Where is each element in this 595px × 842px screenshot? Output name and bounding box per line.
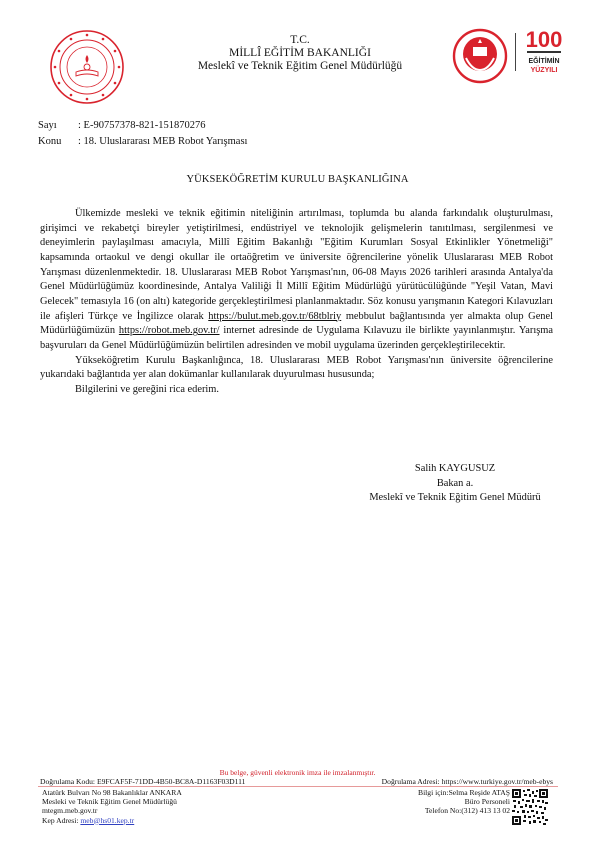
address-line-2: Mesleki ve Teknik Eğitim Genel Müdürlüğü xyxy=(42,797,182,806)
meb-seal-icon xyxy=(48,28,126,106)
qr-code-icon xyxy=(512,789,548,825)
contact-person: Bilgi için:Selma Reşide ATAŞ xyxy=(330,788,510,797)
logo-divider xyxy=(515,33,516,71)
document-meta: Sayı: E-90757378-821-151870276 Konu: 18.… xyxy=(38,118,247,150)
konu-row: Konu: 18. Uluslararası MEB Robot Yarışma… xyxy=(38,134,247,150)
document-header: T.C. MİLLÎ EĞİTİM BAKANLIĞI Meslekî ve T… xyxy=(150,34,450,72)
sayi-row: Sayı: E-90757378-821-151870276 xyxy=(38,118,247,134)
header-ministry: MİLLÎ EĞİTİM BAKANLIĞI xyxy=(150,47,450,60)
svg-text:100: 100 xyxy=(526,27,563,52)
kep-label: Kep Adresi: xyxy=(42,816,80,825)
footer-divider xyxy=(38,786,558,787)
robot-site-link[interactable]: https://robot.meb.gov.tr/ xyxy=(119,325,220,336)
paragraph-1-text-a: Ülkemizde mesleki ve teknik eğitimin nit… xyxy=(40,208,553,322)
signer-on-behalf: Bakan a. xyxy=(355,477,555,492)
address-line-1: Atatürk Bulvarı No 98 Bakanlıklar ANKARA xyxy=(42,788,182,797)
svg-text:EĞİTİMİN: EĞİTİMİN xyxy=(528,56,559,65)
aile-yili-logo-icon xyxy=(452,28,508,84)
paragraph-3: Bilgilerini ve gereğini rica ederim. xyxy=(40,383,553,398)
verification-address: Doğrulama Adresi: https://www.turkiye.go… xyxy=(305,777,553,786)
verification-code: Doğrulama Kodu: E9FCAF5F-71DD-4B50-BC8A-… xyxy=(40,777,245,786)
bulut-link[interactable]: https://bulut.meb.gov.tr/68tblriy xyxy=(208,311,341,322)
paragraph-2: Yükseköğretim Kurulu Başkanlığınca, 18. … xyxy=(40,354,553,383)
kep-row: Kep Adresi: meb@hs01.kep.tr xyxy=(42,816,182,825)
header-tc: T.C. xyxy=(150,34,450,47)
signature-block: Salih KAYGUSUZ Bakan a. Meslekî ve Tekni… xyxy=(355,462,555,506)
contact-role: Büro Personeli xyxy=(330,797,510,806)
konu-label: Konu xyxy=(38,134,78,150)
e-signature-notice: Bu belge, güvenli elektronik imza ile im… xyxy=(0,768,595,777)
addressee: YÜKSEKÖĞRETİM KURULU BAŞKANLIĞINA xyxy=(0,174,595,185)
footer-address: Atatürk Bulvarı No 98 Bakanlıklar ANKARA… xyxy=(42,788,182,825)
footer-contact: Bilgi için:Selma Reşide ATAŞ Büro Person… xyxy=(330,788,510,816)
address-line-3: mtegm.meb.gov.tr xyxy=(42,806,182,815)
konu-value: : 18. Uluslararası MEB Robot Yarışması xyxy=(78,136,247,147)
egitimin-yuzyili-logo-icon: 100 EĞİTİMİN YÜZYILI xyxy=(519,25,569,77)
signer-name: Salih KAYGUSUZ xyxy=(355,462,555,477)
signer-title: Meslekî ve Teknik Eğitim Genel Müdürü xyxy=(355,491,555,506)
paragraph-1: Ülkemizde mesleki ve teknik eğitimin nit… xyxy=(40,207,553,354)
contact-phone: Telefon No:(312) 413 13 02 xyxy=(330,806,510,815)
letter-body: Ülkemizde mesleki ve teknik eğitimin nit… xyxy=(40,207,553,398)
svg-text:YÜZYILI: YÜZYILI xyxy=(531,65,558,74)
kep-link[interactable]: meb@hs01.kep.tr xyxy=(80,816,134,825)
sayi-label: Sayı xyxy=(38,118,78,134)
header-directorate: Meslekî ve Teknik Eğitim Genel Müdürlüğü xyxy=(150,60,450,73)
sayi-value: : E-90757378-821-151870276 xyxy=(78,120,205,131)
